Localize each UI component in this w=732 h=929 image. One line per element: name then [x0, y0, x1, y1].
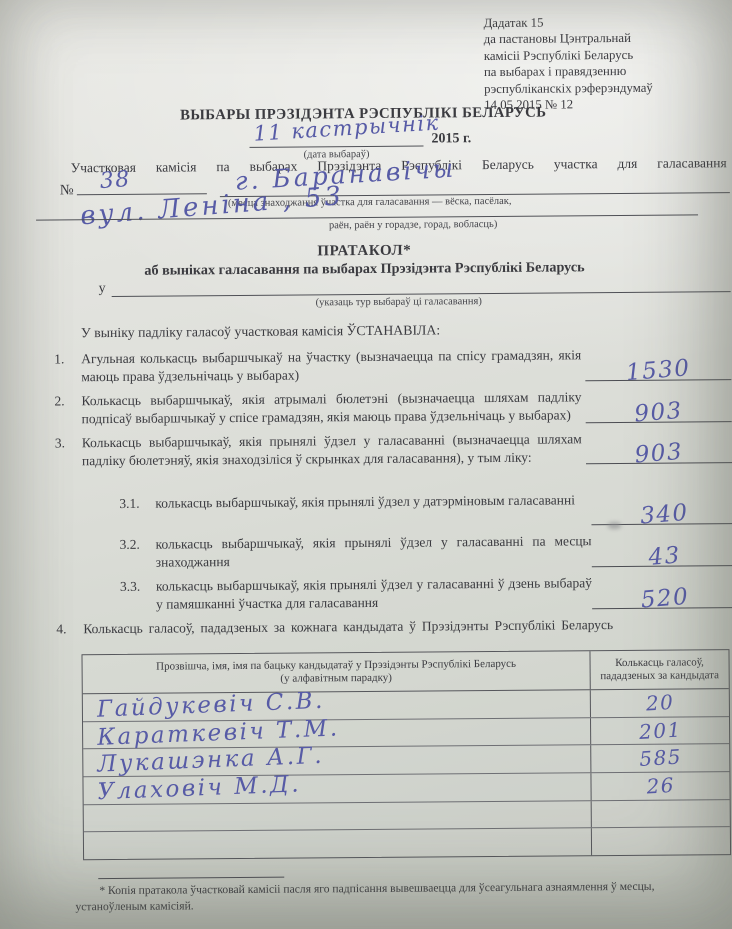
item-text: Колькасць галасоў, пададзеных за кожнага… — [83, 615, 731, 638]
document-content: Дадатак 15 да пастановы Цэнтральнай камі… — [0, 0, 732, 929]
item-number: 4. — [56, 620, 83, 638]
result-item-3-3: 3.3. колькасць выбаршчыкаў, якія прынялі… — [56, 573, 732, 613]
handwritten-value: 520 — [591, 580, 732, 617]
handwritten-value: 1530 — [584, 352, 732, 389]
footnote: * Копія пратакола ўчастковай камісіі пас… — [75, 878, 732, 914]
item-number: 3.1. — [119, 495, 155, 529]
date-underline — [250, 146, 424, 148]
item-number: 3. — [55, 434, 82, 488]
item-text: колькасць выбаршчыкаў, якія прынялі ўдзе… — [156, 574, 592, 612]
item-text: колькасць выбаршчыкаў, якія прынялі ўдзе… — [156, 532, 592, 570]
handwritten-vote-count: 201 — [638, 717, 682, 744]
tour-prefix: у — [99, 280, 106, 298]
scanned-protocol-document: Дадатак 15 да пастановы Цэнтральнай камі… — [0, 0, 732, 929]
footnote-separator — [98, 877, 284, 879]
regulation-line: Дадатак 15 — [483, 13, 721, 31]
year-label: 2015 г. — [431, 130, 471, 148]
handwritten-vote-count: 585 — [638, 745, 682, 772]
results-list: 1. Агульная колькасць выбаршчыкаў на ўча… — [54, 345, 732, 645]
handwritten-vote-count: 20 — [645, 690, 675, 716]
regulation-reference-block: Дадатак 15 да пастановы Цэнтральнай камі… — [483, 13, 722, 113]
handwritten-vote-count: 26 — [646, 773, 676, 799]
handwritten-precinct-number: 38 — [99, 167, 132, 194]
handwritten-value: 903 — [585, 435, 732, 472]
result-item-2: 2. Колькасць выбаршчыкаў, якія атрымалі … — [54, 387, 731, 427]
result-item-1: 1. Агульная колькасць выбаршчыкаў на ўча… — [54, 345, 731, 385]
regulation-line: рэспубліканскіх рэферэндумаў — [484, 79, 722, 97]
item-text: Агульная колькасць выбаршчыкаў на ўчастк… — [81, 346, 581, 385]
table-row-empty — [84, 828, 730, 860]
item-text: колькасць выбаршчыкаў, якія прынялі ўдзе… — [155, 491, 591, 528]
item-value-line: 1530 — [585, 346, 731, 381]
item-value-line: 903 — [586, 429, 732, 464]
result-item-3-1: 3.1. колькасць выбаршчыкаў, якія прынялі… — [55, 490, 732, 529]
item-text: Колькасць выбаршчыкаў, якія атрымалі бюл… — [81, 388, 581, 427]
table-header-row: Прозвішча, імя, імя па бацьку кандыдатаў… — [82, 650, 728, 694]
result-item-3-2: 3.2. колькасць выбаршчыкаў, якія прынялі… — [56, 531, 732, 571]
regulation-line: па выбарах і правядзенню — [484, 62, 722, 80]
item-number: 1. — [54, 350, 81, 385]
candidates-table: Прозвішча, імя, імя па бацьку кандыдатаў… — [81, 649, 731, 860]
item-value-line: 520 — [592, 574, 732, 609]
item-number: 3.2. — [120, 536, 156, 571]
item-number: 2. — [54, 392, 81, 427]
result-item-3: 3. Колькасць выбаршчыкаў, якія прынялі ў… — [55, 429, 732, 488]
candidate-name-header: Прозвішча, імя, імя па бацьку кандыдатаў… — [82, 651, 590, 693]
address-caption: раён, раён у горадзе, горад, вобласць) — [293, 219, 533, 232]
regulation-line: камісіі Рэспублікі Беларусь — [484, 46, 722, 64]
tour-caption: (указаць тур выбараў ці галасавання) — [279, 296, 519, 309]
intro-sentence: У выніку падліку галасоў участковая камі… — [56, 319, 716, 342]
item-value-line: 43 — [592, 532, 732, 567]
item-value-line: 340 — [591, 490, 732, 525]
item-text: Колькасць выбаршчыкаў, якія прынялі ўдзе… — [82, 430, 582, 488]
handwritten-value: 43 — [591, 538, 732, 575]
item-number: 3.3. — [120, 578, 156, 613]
precinct-number-label: № — [60, 182, 74, 200]
handwritten-value: 903 — [585, 394, 732, 431]
item-value-line: 903 — [585, 388, 731, 423]
regulation-line: да пастановы Цэнтральнай — [484, 30, 722, 48]
votes-count-header: Колькасць галасоў, пададзеных за кандыда… — [590, 650, 728, 689]
result-item-4: 4. Колькасць галасоў, пададзеных за кожн… — [56, 615, 732, 638]
